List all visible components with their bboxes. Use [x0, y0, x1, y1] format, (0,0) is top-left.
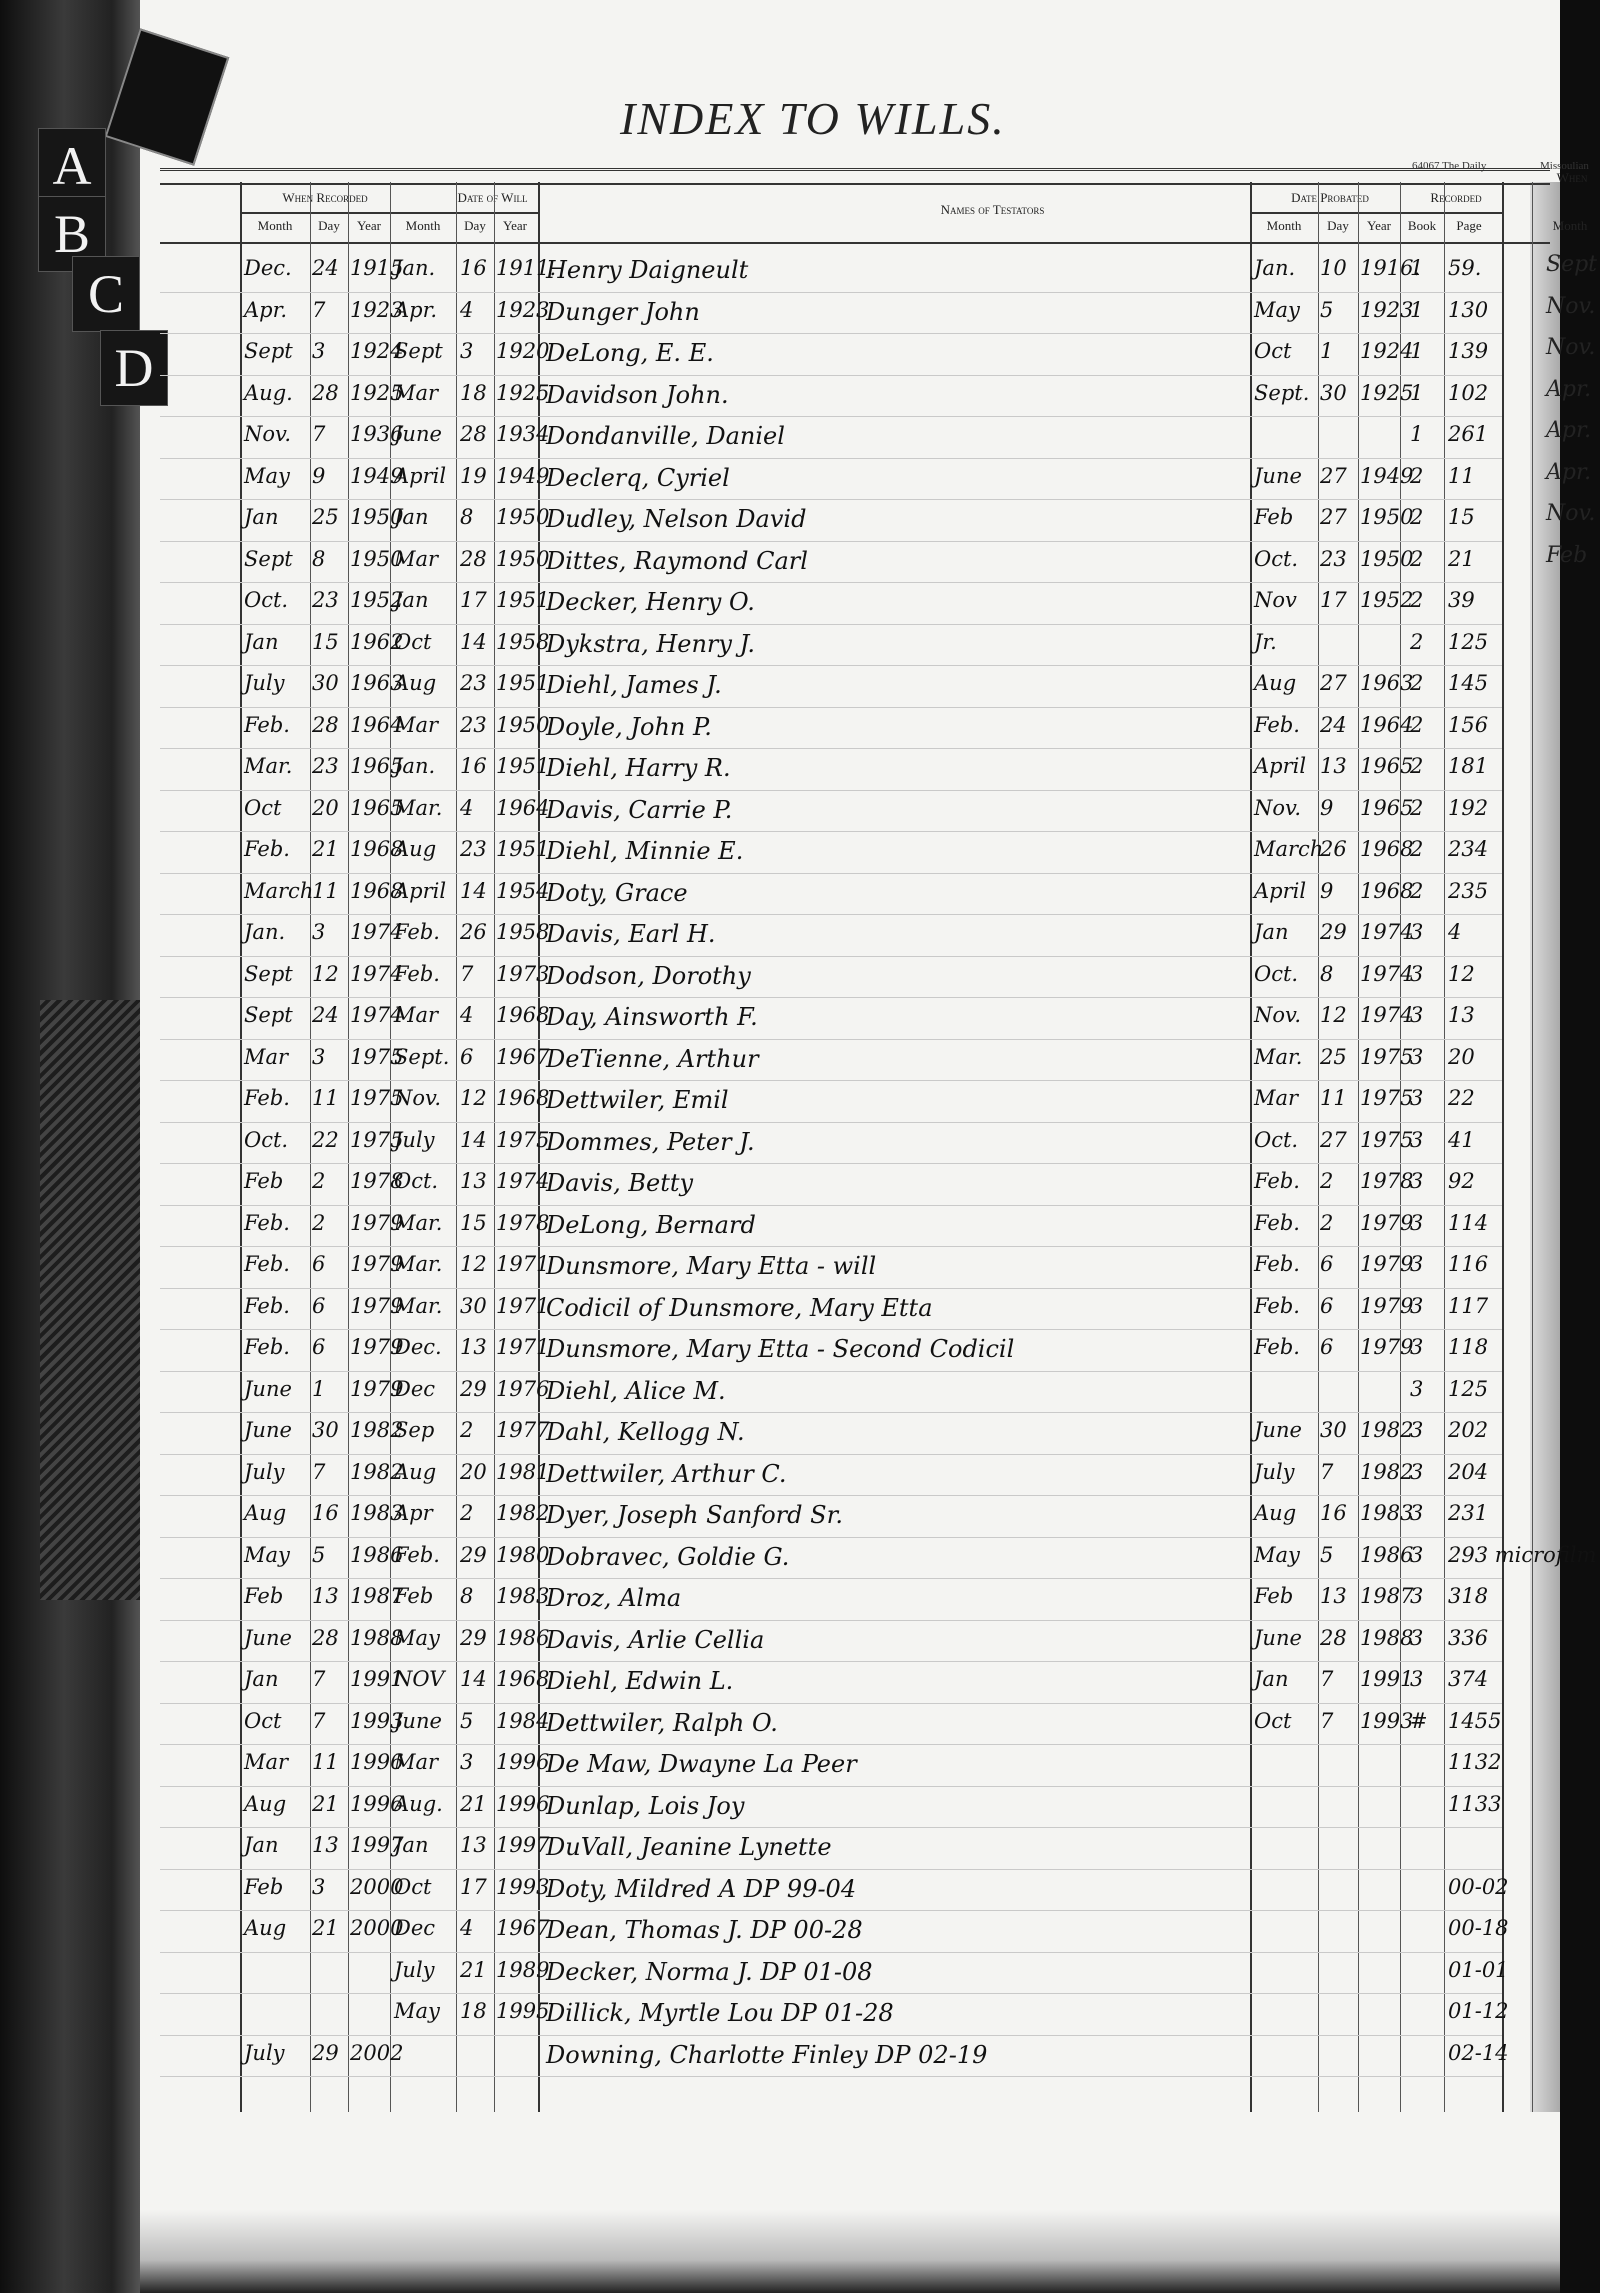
will-day: 29: [460, 1543, 487, 1573]
book-number: 2: [1410, 837, 1423, 867]
testator-name: Decker, Henry O.: [546, 588, 755, 618]
table-row[interactable]: Feb.61979Mar.121971Dunsmore, Mary Etta -…: [160, 1248, 1550, 1284]
row-rule: [160, 1661, 1502, 1662]
book-number: 1: [1410, 422, 1423, 452]
probated-year: 1968: [1360, 879, 1413, 909]
will-day: 18: [460, 1999, 487, 2029]
book-number: 3: [1410, 1667, 1423, 1697]
table-row[interactable]: May51986Feb.291980Dobravec, Goldie G.May…: [160, 1539, 1550, 1575]
page-number: 00-02: [1448, 1875, 1509, 1905]
book-number: #: [1410, 1709, 1428, 1739]
will-year: 1967: [496, 1045, 549, 1075]
probated-year: 1979: [1360, 1211, 1413, 1241]
will-month: Sept.: [394, 1045, 449, 1075]
page-number: 117: [1448, 1294, 1488, 1324]
probated-month: Aug: [1254, 1501, 1296, 1531]
book-number: 3: [1410, 1003, 1423, 1033]
recorded-day: 20: [312, 796, 339, 826]
table-row[interactable]: Sept121974Feb.71973Dodson, DorothyOct.81…: [160, 958, 1550, 994]
probated-month: Feb: [1254, 505, 1293, 535]
header-rec-month: Month: [240, 218, 310, 234]
will-year: 1971: [496, 1252, 549, 1282]
probated-month: April: [1254, 879, 1306, 909]
probated-year: 1982: [1360, 1418, 1413, 1448]
row-rule: [160, 624, 1502, 625]
testator-name: Dudley, Nelson David: [546, 505, 806, 535]
table-row[interactable]: June11979Dec291976Diehl, Alice M.3125: [160, 1373, 1550, 1409]
table-row[interactable]: June301982Sep21977Dahl, Kellogg N.June30…: [160, 1414, 1550, 1450]
testator-name: Diehl, James J.: [546, 671, 722, 701]
recorded-month: Feb.: [244, 1211, 290, 1241]
recorded-day: 2: [312, 1169, 325, 1199]
testator-name: Dittes, Raymond Carl: [546, 547, 808, 577]
recorded-month: Feb: [244, 1875, 283, 1905]
will-day: 21: [460, 1958, 487, 1988]
book-number: 1: [1410, 381, 1423, 411]
will-month: Aug: [394, 671, 436, 701]
recorded-month: Feb: [244, 1584, 283, 1614]
page-title: INDEX TO WILLS.: [620, 92, 1006, 145]
will-year: 1951: [496, 671, 549, 701]
table-row[interactable]: May181995Dillick, Myrtle Lou DP 01-2801-…: [160, 1995, 1550, 2031]
probated-day: 7: [1320, 1460, 1333, 1490]
recorded-day: 13: [312, 1833, 339, 1863]
row-rule: [160, 1039, 1502, 1040]
book-number: 2: [1410, 713, 1423, 743]
recorded-day: 30: [312, 671, 339, 701]
recorded-day: 1: [312, 1377, 325, 1407]
probated-day: 27: [1320, 464, 1347, 494]
will-year: 1996: [496, 1750, 549, 1780]
will-year: 1951: [496, 754, 549, 784]
next-page-month-note: Apr.: [1546, 377, 1591, 402]
will-year: 1983: [496, 1584, 549, 1614]
probated-day: 27: [1320, 1128, 1347, 1158]
row-rule: [160, 1288, 1502, 1289]
will-day: 4: [460, 298, 473, 328]
table-row[interactable]: March111968April141954Doty, GraceApril91…: [160, 875, 1550, 911]
probated-day: 2: [1320, 1169, 1333, 1199]
row-rule: [160, 873, 1502, 874]
recorded-month: June: [244, 1377, 292, 1407]
probated-year: 1964: [1360, 713, 1413, 743]
recorded-day: 22: [312, 1128, 339, 1158]
recorded-day: 30: [312, 1418, 339, 1448]
next-page-month-note: Nov.: [1546, 335, 1595, 360]
table-row[interactable]: Oct71993June51984Dettwiler, Ralph O.Oct7…: [160, 1705, 1550, 1741]
row-rule: [160, 2035, 1502, 2036]
probated-day: 13: [1320, 1584, 1347, 1614]
recorded-day: 21: [312, 1792, 339, 1822]
ledger-table: When Recorded Date of Will Names of Test…: [160, 182, 1550, 2112]
will-year: 1997: [496, 1833, 549, 1863]
page-number: 202: [1448, 1418, 1488, 1448]
header-prob-year: Year: [1358, 218, 1400, 234]
page-number: 59.: [1448, 256, 1481, 286]
recorded-month: Oct.: [244, 588, 288, 618]
will-year: 1971: [496, 1335, 549, 1365]
will-day: 8: [460, 505, 473, 535]
will-year: 1934: [496, 422, 549, 452]
probated-month: Oct.: [1254, 547, 1298, 577]
testator-name: DeTienne, Arthur: [546, 1045, 759, 1075]
table-row[interactable]: Sept81950Mar281950Dittes, Raymond CarlOc…: [160, 543, 1550, 579]
table-row[interactable]: Oct201965Mar.41964Davis, Carrie P.Nov.91…: [160, 792, 1550, 828]
recorded-month: June: [244, 1626, 292, 1656]
table-row[interactable]: Sept31924Sept31920DeLong, E. E.Oct119241…: [160, 335, 1550, 371]
row-rule: [160, 499, 1502, 500]
table-row[interactable]: Feb.281964Mar231950Doyle, John P.Feb.241…: [160, 709, 1550, 745]
will-year: 1993: [496, 1875, 549, 1905]
will-month: Mar: [394, 547, 438, 577]
will-year: 1920: [496, 339, 549, 369]
page-number: 234: [1448, 837, 1488, 867]
page-number: 181: [1448, 754, 1488, 784]
index-tab-d[interactable]: D: [100, 330, 168, 406]
will-day: 17: [460, 1875, 487, 1905]
will-day: 4: [460, 796, 473, 826]
table-row[interactable]: Mar31975Sept.61967DeTienne, ArthurMar.25…: [160, 1041, 1550, 1077]
page-number: 139: [1448, 339, 1488, 369]
will-month: Mar.: [394, 1252, 442, 1282]
table-row[interactable]: Sept241974Mar41968Day, Ainsworth F.Nov.1…: [160, 999, 1550, 1035]
testator-name: Davidson John.: [546, 381, 729, 411]
testator-name: Dunlap, Lois Joy: [546, 1792, 744, 1822]
table-row[interactable]: Aug212000Dec41967Dean, Thomas J. DP 00-2…: [160, 1912, 1550, 1948]
header-rec-year: Year: [348, 218, 390, 234]
probated-day: 6: [1320, 1294, 1333, 1324]
will-year: 1950: [496, 547, 549, 577]
will-year: 1989: [496, 1958, 549, 1988]
testator-name: Dillick, Myrtle Lou DP 01-28: [546, 1999, 894, 2029]
will-day: 17: [460, 588, 487, 618]
will-year: 1984: [496, 1709, 549, 1739]
recorded-month: Apr.: [244, 298, 287, 328]
will-month: Dec: [394, 1916, 435, 1946]
recorded-month: Mar: [244, 1045, 288, 1075]
row-rule: [160, 1786, 1502, 1787]
recorded-month: Jan: [244, 505, 278, 535]
probated-month: Oct.: [1254, 962, 1298, 992]
probated-year: 1965: [1360, 796, 1413, 826]
testator-name: Dunsmore, Mary Etta - Second Codicil: [546, 1335, 1014, 1365]
page-number: 1132: [1448, 1750, 1501, 1780]
table-row[interactable]: Oct.231952Jan171951Decker, Henry O.Nov17…: [160, 584, 1550, 620]
will-month: July: [394, 1958, 435, 1988]
recorded-month: March: [244, 879, 313, 909]
will-day: 15: [460, 1211, 487, 1241]
table-row[interactable]: Feb.61979Dec.131971Dunsmore, Mary Etta -…: [160, 1331, 1550, 1367]
row-rule: [160, 1329, 1502, 1330]
row-rule: [160, 1454, 1502, 1455]
page-number: 125: [1448, 630, 1488, 660]
table-row[interactable]: Jan131997Jan131997DuVall, Jeanine Lynett…: [160, 1829, 1550, 1865]
recorded-day: 7: [312, 1460, 325, 1490]
probated-month: May: [1254, 298, 1300, 328]
book-number: 1: [1410, 256, 1423, 286]
will-day: 13: [460, 1335, 487, 1365]
probated-day: 6: [1320, 1252, 1333, 1282]
recorded-day: 23: [312, 754, 339, 784]
page-number: 39: [1448, 588, 1475, 618]
row-rule: [160, 956, 1502, 957]
table-row[interactable]: Mar111996Mar31996De Maw, Dwayne La Peer1…: [160, 1746, 1550, 1782]
next-page-month-note: Apr.: [1546, 418, 1591, 443]
probated-day: 24: [1320, 713, 1347, 743]
table-row[interactable]: Dec.241915Jan.161911.Henry DaigneultJan.…: [160, 252, 1550, 288]
header-date-probated: Date Probated: [1250, 190, 1410, 206]
table-row[interactable]: Aug161983Apr21982Dyer, Joseph Sanford Sr…: [160, 1497, 1550, 1533]
page-number: 01-01: [1448, 1958, 1509, 1988]
table-row[interactable]: June281988May291986Davis, Arlie CelliaJu…: [160, 1622, 1550, 1658]
book-number: 3: [1410, 1294, 1423, 1324]
row-rule: [160, 1122, 1502, 1123]
page-number: 374: [1448, 1667, 1488, 1697]
testator-name: Davis, Carrie P.: [546, 796, 732, 826]
testator-name: Dobravec, Goldie G.: [546, 1543, 789, 1573]
header-prob-month: Month: [1250, 218, 1318, 234]
page-number: 1133: [1448, 1792, 1501, 1822]
will-day: 14: [460, 1667, 487, 1697]
table-row[interactable]: Jan71991NOV141968Diehl, Edwin L.Jan71991…: [160, 1663, 1550, 1699]
table-row[interactable]: Nov.71936June281934Dondanville, Daniel12…: [160, 418, 1550, 454]
probated-day: 2: [1320, 1211, 1333, 1241]
page-number: 00-18: [1448, 1916, 1509, 1946]
header-page: Page: [1444, 218, 1494, 234]
testator-name: Doty, Mildred A DP 99-04: [546, 1875, 856, 1905]
recorded-month: Oct: [244, 796, 281, 826]
book-number: 3: [1410, 1252, 1423, 1282]
header-next-month: Month: [1540, 218, 1600, 234]
probated-year: 1949: [1360, 464, 1413, 494]
will-day: 12: [460, 1252, 487, 1282]
next-page-month-note: Sept: [1546, 252, 1597, 277]
table-row[interactable]: Feb.111975Nov.121968Dettwiler, EmilMar11…: [160, 1082, 1550, 1118]
table-row[interactable]: Apr.71923Apr.41923Dunger JohnMay51923113…: [160, 294, 1550, 330]
row-rule: [160, 914, 1502, 915]
will-year: 1950: [496, 713, 549, 743]
row-rule: [160, 790, 1502, 791]
table-row[interactable]: July292002Downing, Charlotte Finley DP 0…: [160, 2037, 1550, 2073]
probated-month: Feb.: [1254, 713, 1300, 743]
will-month: Jan.: [394, 256, 435, 286]
book-number: 3: [1410, 1377, 1423, 1407]
probated-month: Nov.: [1254, 1003, 1301, 1033]
recorded-day: 7: [312, 298, 325, 328]
recorded-month: Sept: [244, 339, 293, 369]
recorded-day: 21: [312, 837, 339, 867]
testator-name: Davis, Earl H.: [546, 920, 716, 950]
probated-year: 1963: [1360, 671, 1413, 701]
recorded-day: 28: [312, 381, 339, 411]
probated-month: Sept.: [1254, 381, 1309, 411]
recorded-month: Mar: [244, 1750, 288, 1780]
will-year: 1949: [496, 464, 549, 494]
probated-month: April: [1254, 754, 1306, 784]
table-row[interactable]: Feb.61979Mar.301971Codicil of Dunsmore, …: [160, 1290, 1550, 1326]
probated-month: July: [1254, 1460, 1295, 1490]
will-day: 14: [460, 879, 487, 909]
row-rule: [160, 1910, 1502, 1911]
probated-day: 11: [1320, 1086, 1347, 1116]
book-number: 3: [1410, 1501, 1423, 1531]
header-book: Book: [1400, 218, 1444, 234]
probated-day: 17: [1320, 588, 1347, 618]
probated-year: 1924: [1360, 339, 1413, 369]
testator-name: Dettwiler, Ralph O.: [546, 1709, 778, 1739]
will-year: 1996: [496, 1792, 549, 1822]
recorded-month: July: [244, 1460, 285, 1490]
row-rule: [160, 1827, 1502, 1828]
will-day: 13: [460, 1169, 487, 1199]
will-month: Jan: [394, 1833, 428, 1863]
table-row[interactable]: Feb.21979Mar.151978DeLong, BernardFeb.21…: [160, 1207, 1550, 1243]
page-number: 21: [1448, 547, 1475, 577]
testator-name: DeLong, E. E.: [546, 339, 714, 369]
testator-name: Diehl, Harry R.: [546, 754, 731, 784]
will-day: 18: [460, 381, 487, 411]
will-year: 1925: [496, 381, 549, 411]
next-page-month-note: Feb: [1546, 543, 1587, 568]
will-month: Mar: [394, 381, 438, 411]
probated-day: 25: [1320, 1045, 1347, 1075]
probated-year: 1975: [1360, 1086, 1413, 1116]
recorded-day: 13: [312, 1584, 339, 1614]
testator-name: Downing, Charlotte Finley DP 02-19: [546, 2041, 987, 2071]
recorded-day: 28: [312, 1626, 339, 1656]
testator-name: Codicil of Dunsmore, Mary Etta: [546, 1294, 933, 1324]
recorded-month: May: [244, 464, 290, 494]
will-day: 20: [460, 1460, 487, 1490]
probated-year: 1974: [1360, 1003, 1413, 1033]
table-row[interactable]: Aug211996Aug.211996Dunlap, Lois Joy1133: [160, 1788, 1550, 1824]
recorded-month: Aug: [244, 1916, 286, 1946]
testator-name: Dondanville, Daniel: [546, 422, 785, 452]
will-year: 1967: [496, 1916, 549, 1946]
will-day: 8: [460, 1584, 473, 1614]
probated-year: 1923: [1360, 298, 1413, 328]
page-number: 235: [1448, 879, 1488, 909]
will-year: 1977: [496, 1418, 549, 1448]
table-row[interactable]: Feb.211968Aug231951Diehl, Minnie E.March…: [160, 833, 1550, 869]
row-rule: [160, 1744, 1502, 1745]
table-row[interactable]: July211989Decker, Norma J. DP 01-0801-01: [160, 1954, 1550, 1990]
book-number: 3: [1410, 1584, 1423, 1614]
will-year: 1973: [496, 962, 549, 992]
page-number: 130: [1448, 298, 1488, 328]
table-row[interactable]: Jan251950Jan81950Dudley, Nelson DavidFeb…: [160, 501, 1550, 537]
table-row[interactable]: Feb32000Oct171993Doty, Mildred A DP 99-0…: [160, 1871, 1550, 1907]
probated-day: 29: [1320, 920, 1347, 950]
table-row[interactable]: July301963Aug231951Diehl, James J.Aug271…: [160, 667, 1550, 703]
will-day: 7: [460, 962, 473, 992]
row-rule: [160, 1952, 1502, 1953]
recorded-day: 28: [312, 713, 339, 743]
header-will-month: Month: [390, 218, 456, 234]
recorded-day: 24: [312, 256, 339, 286]
row-rule: [160, 831, 1502, 832]
probated-day: 26: [1320, 837, 1347, 867]
recorded-month: Sept: [244, 547, 293, 577]
table-row[interactable]: Jan151962Oct141958Dykstra, Henry J.Jr.21…: [160, 626, 1550, 662]
page-number: 15: [1448, 505, 1475, 535]
probated-day: 28: [1320, 1626, 1347, 1656]
testator-name: Dyer, Joseph Sanford Sr.: [546, 1501, 843, 1531]
probated-month: Jan: [1254, 920, 1288, 950]
will-month: Feb.: [394, 920, 440, 950]
printer-mark: 64067 The Daily: [1412, 160, 1486, 172]
page-number: 92: [1448, 1169, 1475, 1199]
will-month: Jan: [394, 588, 428, 618]
table-row[interactable]: Mar.231965Jan.161951Diehl, Harry R.April…: [160, 750, 1550, 786]
page-number: 20: [1448, 1045, 1475, 1075]
will-day: 5: [460, 1709, 473, 1739]
will-year: 1982: [496, 1501, 549, 1531]
recorded-day: 7: [312, 422, 325, 452]
will-day: 3: [460, 1750, 473, 1780]
table-row[interactable]: Aug.281925Mar181925Davidson John.Sept.30…: [160, 377, 1550, 413]
will-month: Dec: [394, 1377, 435, 1407]
recorded-day: 11: [312, 1086, 339, 1116]
recorded-year: 2002: [350, 2041, 403, 2071]
testator-name: DuVall, Jeanine Lynette: [546, 1833, 832, 1863]
probated-month: June: [1254, 1418, 1302, 1448]
index-tab-a[interactable]: A: [38, 128, 106, 204]
recorded-day: 3: [312, 1045, 325, 1075]
will-day: 4: [460, 1916, 473, 1946]
will-day: 3: [460, 339, 473, 369]
will-year: 1971: [496, 1294, 549, 1324]
probated-month: Jr.: [1254, 630, 1277, 660]
table-row[interactable]: Oct.221975July141975Dommes, Peter J.Oct.…: [160, 1124, 1550, 1160]
will-day: 16: [460, 256, 487, 286]
header-prob-day: Day: [1318, 218, 1358, 234]
recorded-month: May: [244, 1543, 290, 1573]
will-month: Jan: [394, 505, 428, 535]
will-day: 29: [460, 1377, 487, 1407]
will-year: 1981: [496, 1460, 549, 1490]
row-rule: [160, 707, 1502, 708]
recorded-month: Jan: [244, 1833, 278, 1863]
probated-day: 7: [1320, 1709, 1333, 1739]
row-rule: [160, 997, 1502, 998]
index-tab-c[interactable]: C: [72, 256, 140, 332]
will-month: Oct: [394, 630, 431, 660]
book-number: 3: [1410, 1128, 1423, 1158]
table-row[interactable]: Jan.31974Feb.261958Davis, Earl H.Jan2919…: [160, 916, 1550, 952]
probated-day: 9: [1320, 879, 1333, 909]
table-row[interactable]: Feb21978Oct.131974Davis, BettyFeb.219783…: [160, 1165, 1550, 1201]
table-row[interactable]: Feb131987Feb81983Droz, AlmaFeb1319873318: [160, 1580, 1550, 1616]
page-number: 116: [1448, 1252, 1488, 1282]
will-day: 29: [460, 1626, 487, 1656]
row-rule: [160, 1495, 1502, 1496]
table-row[interactable]: May91949April191949Declerq, CyrielJune27…: [160, 460, 1550, 496]
will-month: Mar: [394, 1750, 438, 1780]
probated-month: Feb: [1254, 1584, 1293, 1614]
testator-name: DeLong, Bernard: [546, 1211, 756, 1241]
probated-month: Aug: [1254, 671, 1296, 701]
page-number: 318: [1448, 1584, 1488, 1614]
probated-day: 10: [1320, 256, 1347, 286]
testator-name: Dodson, Dorothy: [546, 962, 751, 992]
row-rule: [160, 1080, 1502, 1081]
will-day: 14: [460, 630, 487, 660]
row-rule: [160, 1993, 1502, 1994]
table-row[interactable]: July71982Aug201981Dettwiler, Arthur C.Ju…: [160, 1456, 1550, 1492]
probated-day: 5: [1320, 1543, 1333, 1573]
testator-name: Diehl, Edwin L.: [546, 1667, 733, 1697]
